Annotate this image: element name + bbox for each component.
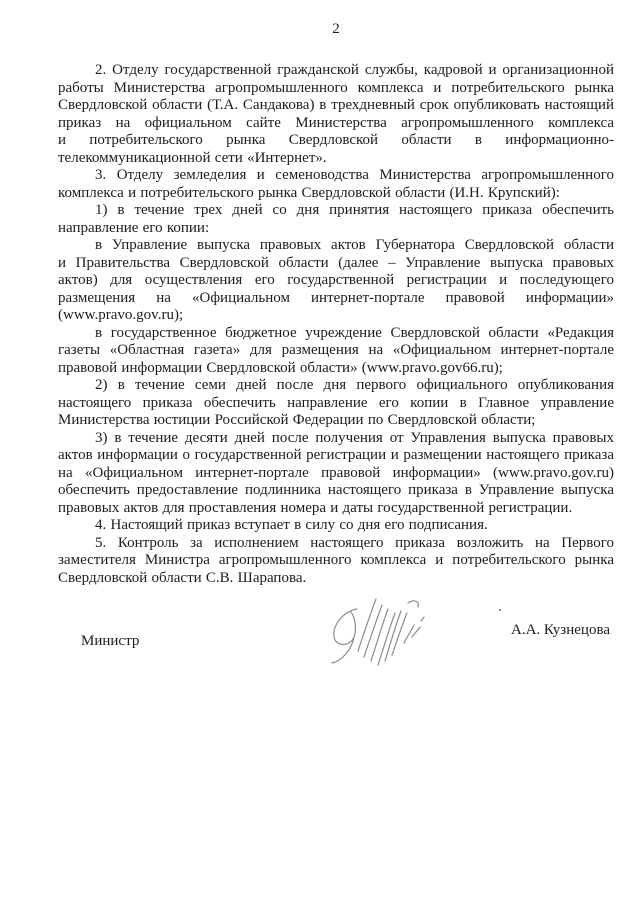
signature-block: Министр А.А. Кузнецова <box>58 589 614 699</box>
paragraph-sub-3: 3) в течение десяти дней после получения… <box>58 430 614 518</box>
paragraph-item-3: 3. Отделу земледелия и семеноводства Мин… <box>58 167 614 202</box>
paragraph-sub-1a: в Управление выпуска правовых актов Губе… <box>58 237 614 325</box>
page-number: 2 <box>58 20 614 38</box>
document-content: 2 2. Отделу государственной гражданской … <box>58 20 614 699</box>
signatory-name: А.А. Кузнецова <box>511 622 610 640</box>
scan-speck <box>499 609 501 611</box>
paragraph-item-5: 5. Контроль за исполнением настоящего пр… <box>58 535 614 588</box>
signatory-position-label: Министр <box>81 633 139 651</box>
paragraph-item-4: 4. Настоящий приказ вступает в силу со д… <box>58 517 614 535</box>
handwritten-signature-icon <box>324 591 428 681</box>
paragraph-sub-1b: в государственное бюджетное учреждение С… <box>58 325 614 378</box>
document-body: 2. Отделу государственной гражданской сл… <box>58 62 614 587</box>
document-page: 2 2. Отделу государственной гражданской … <box>0 0 640 905</box>
paragraph-item-2: 2. Отделу государственной гражданской сл… <box>58 62 614 167</box>
paragraph-sub-1: 1) в течение трех дней со дня принятия н… <box>58 202 614 237</box>
paragraph-sub-2: 2) в течение семи дней после дня первого… <box>58 377 614 430</box>
